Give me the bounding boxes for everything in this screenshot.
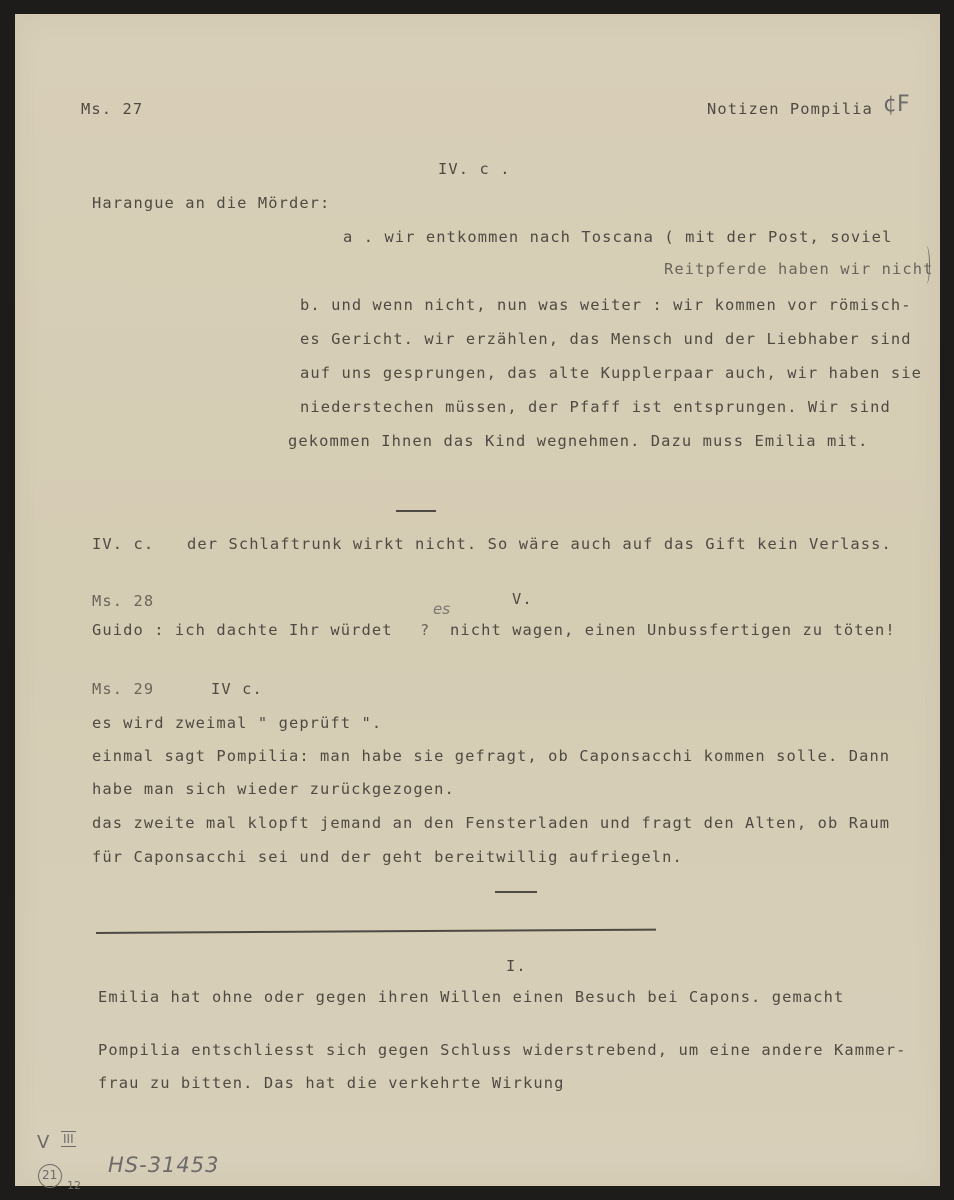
document-title: Notizen Pompilia — [707, 102, 873, 117]
schlaftrunk-text: der Schlaftrunk wirkt nicht. So wäre auc… — [187, 537, 892, 552]
handwritten-insertion-es: es — [433, 602, 450, 617]
guido-inserted-mark: ? — [420, 623, 430, 638]
harangue-line-b: b. und wenn nicht, nun was weiter : wir … — [300, 298, 912, 313]
ms-number-28: Ms. 28 — [92, 594, 154, 609]
archive-mark-v: V — [37, 1134, 49, 1152]
gepruft-line-3: habe man sich wieder zurückgezogen. — [92, 782, 455, 797]
section-heading-iv-c-2: IV c. — [211, 682, 263, 697]
gepruft-line-1: es wird zweimal " geprüft ". — [92, 716, 382, 731]
pompilia-line-1: Pompilia entschliesst sich gegen Schluss… — [98, 1043, 907, 1058]
separator-long-rule — [96, 929, 656, 934]
emilia-line: Emilia hat ohne oder gegen ihren Willen … — [98, 990, 844, 1005]
harangue-line-b4: niederstechen müssen, der Pfaff ist ents… — [300, 400, 891, 415]
archive-shelfmark: HS-31453 — [108, 1155, 220, 1176]
section-heading-iv-c: IV. c . — [438, 162, 511, 177]
archive-sub-number: 12 — [67, 1180, 81, 1191]
archive-circled-number: 21 — [42, 1169, 57, 1181]
handwritten-close-paren — [923, 246, 930, 284]
separator-dash-2 — [495, 891, 537, 893]
harangue-intro: Harangue an die Mörder: — [92, 196, 330, 211]
harangue-line-b2: es Gericht. wir erzählen, das Mensch und… — [300, 332, 912, 347]
harangue-line-a: a . wir entkommen nach Toscana ( mit der… — [343, 230, 892, 245]
section-heading-v: V. — [512, 592, 533, 607]
section-heading-i: I. — [506, 959, 527, 974]
archive-mark-iii: III — [61, 1131, 76, 1147]
harangue-line-a-cont: Reitpferde haben wir nicht — [664, 262, 934, 277]
document-page: Ms. 27 Notizen Pompilia ¢F IV. c . Haran… — [15, 14, 940, 1186]
gepruft-line-4: das zweite mal klopft jemand an den Fens… — [92, 816, 890, 831]
ms-number-27: Ms. 27 — [81, 102, 143, 117]
separator-dash — [396, 510, 436, 512]
guido-line-end: nicht wagen, einen Unbussfertigen zu töt… — [450, 623, 896, 638]
handwritten-title-mark: ¢F — [883, 94, 910, 116]
harangue-line-b5: gekommen Ihnen das Kind wegnehmen. Dazu … — [288, 434, 869, 449]
pompilia-line-2: frau zu bitten. Das hat die verkehrte Wi… — [98, 1076, 564, 1091]
harangue-line-b3: auf uns gesprungen, das alte Kupplerpaar… — [300, 366, 922, 381]
gepruft-line-5: für Caponsacchi sei und der geht bereitw… — [92, 850, 683, 865]
schlaftrunk-label: IV. c. — [92, 537, 154, 552]
ms-number-29: Ms. 29 — [92, 682, 154, 697]
gepruft-line-2: einmal sagt Pompilia: man habe sie gefra… — [92, 749, 890, 764]
guido-line-start: Guido : ich dachte Ihr würdet — [92, 623, 393, 638]
